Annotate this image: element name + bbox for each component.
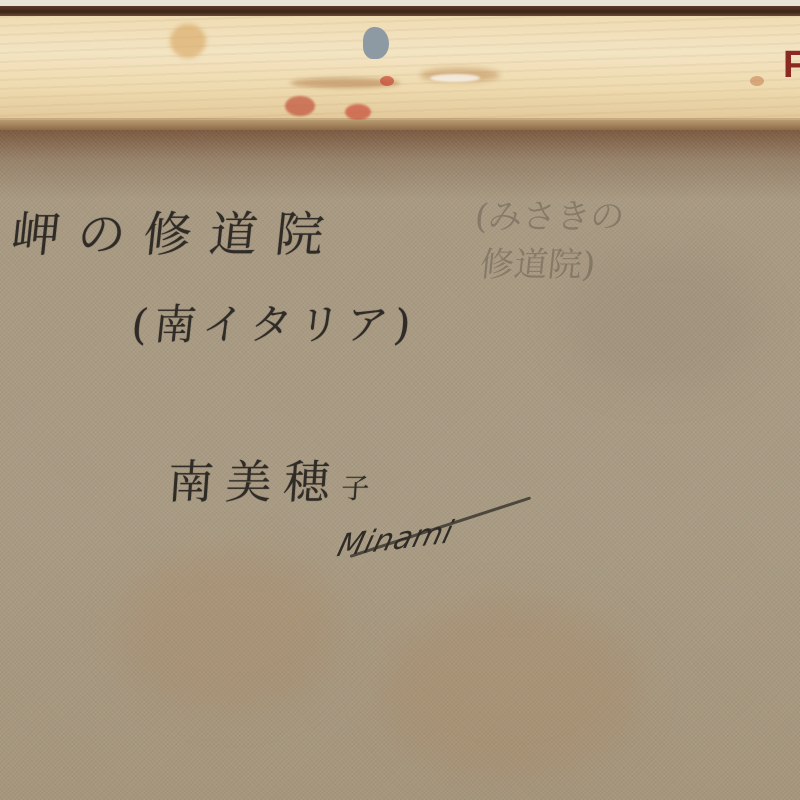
canvas-back-photo: F 岬の修道院 (南イタリア) (みさきの 修道院) 南美穂子 Minami (0, 0, 800, 800)
artist-name-main: 南美穂 (166, 455, 344, 509)
paint-stain (345, 104, 371, 120)
faded-title-reading-line2: 修道院) (478, 244, 598, 287)
paint-stain (285, 96, 315, 116)
paint-stain (170, 24, 206, 58)
paint-stain (430, 74, 480, 82)
frame-stamp-letter: F (783, 46, 800, 84)
faded-title-reading-line1: (みさきの (473, 196, 627, 239)
paint-stain (750, 76, 764, 86)
canvas-stain (120, 550, 340, 710)
wooden-stretcher-bar (0, 16, 800, 120)
artist-name: 南美穂子 (166, 446, 373, 512)
paint-stain (363, 27, 389, 59)
artist-name-suffix: 子 (340, 472, 370, 505)
stretcher-bar-edge (0, 120, 800, 130)
paint-stain (380, 76, 394, 86)
painting-title: 岬の修道院 (8, 196, 345, 265)
canvas-stain (380, 600, 640, 780)
frame-top-rail (0, 6, 800, 16)
painting-location: (南イタリア) (129, 292, 420, 352)
